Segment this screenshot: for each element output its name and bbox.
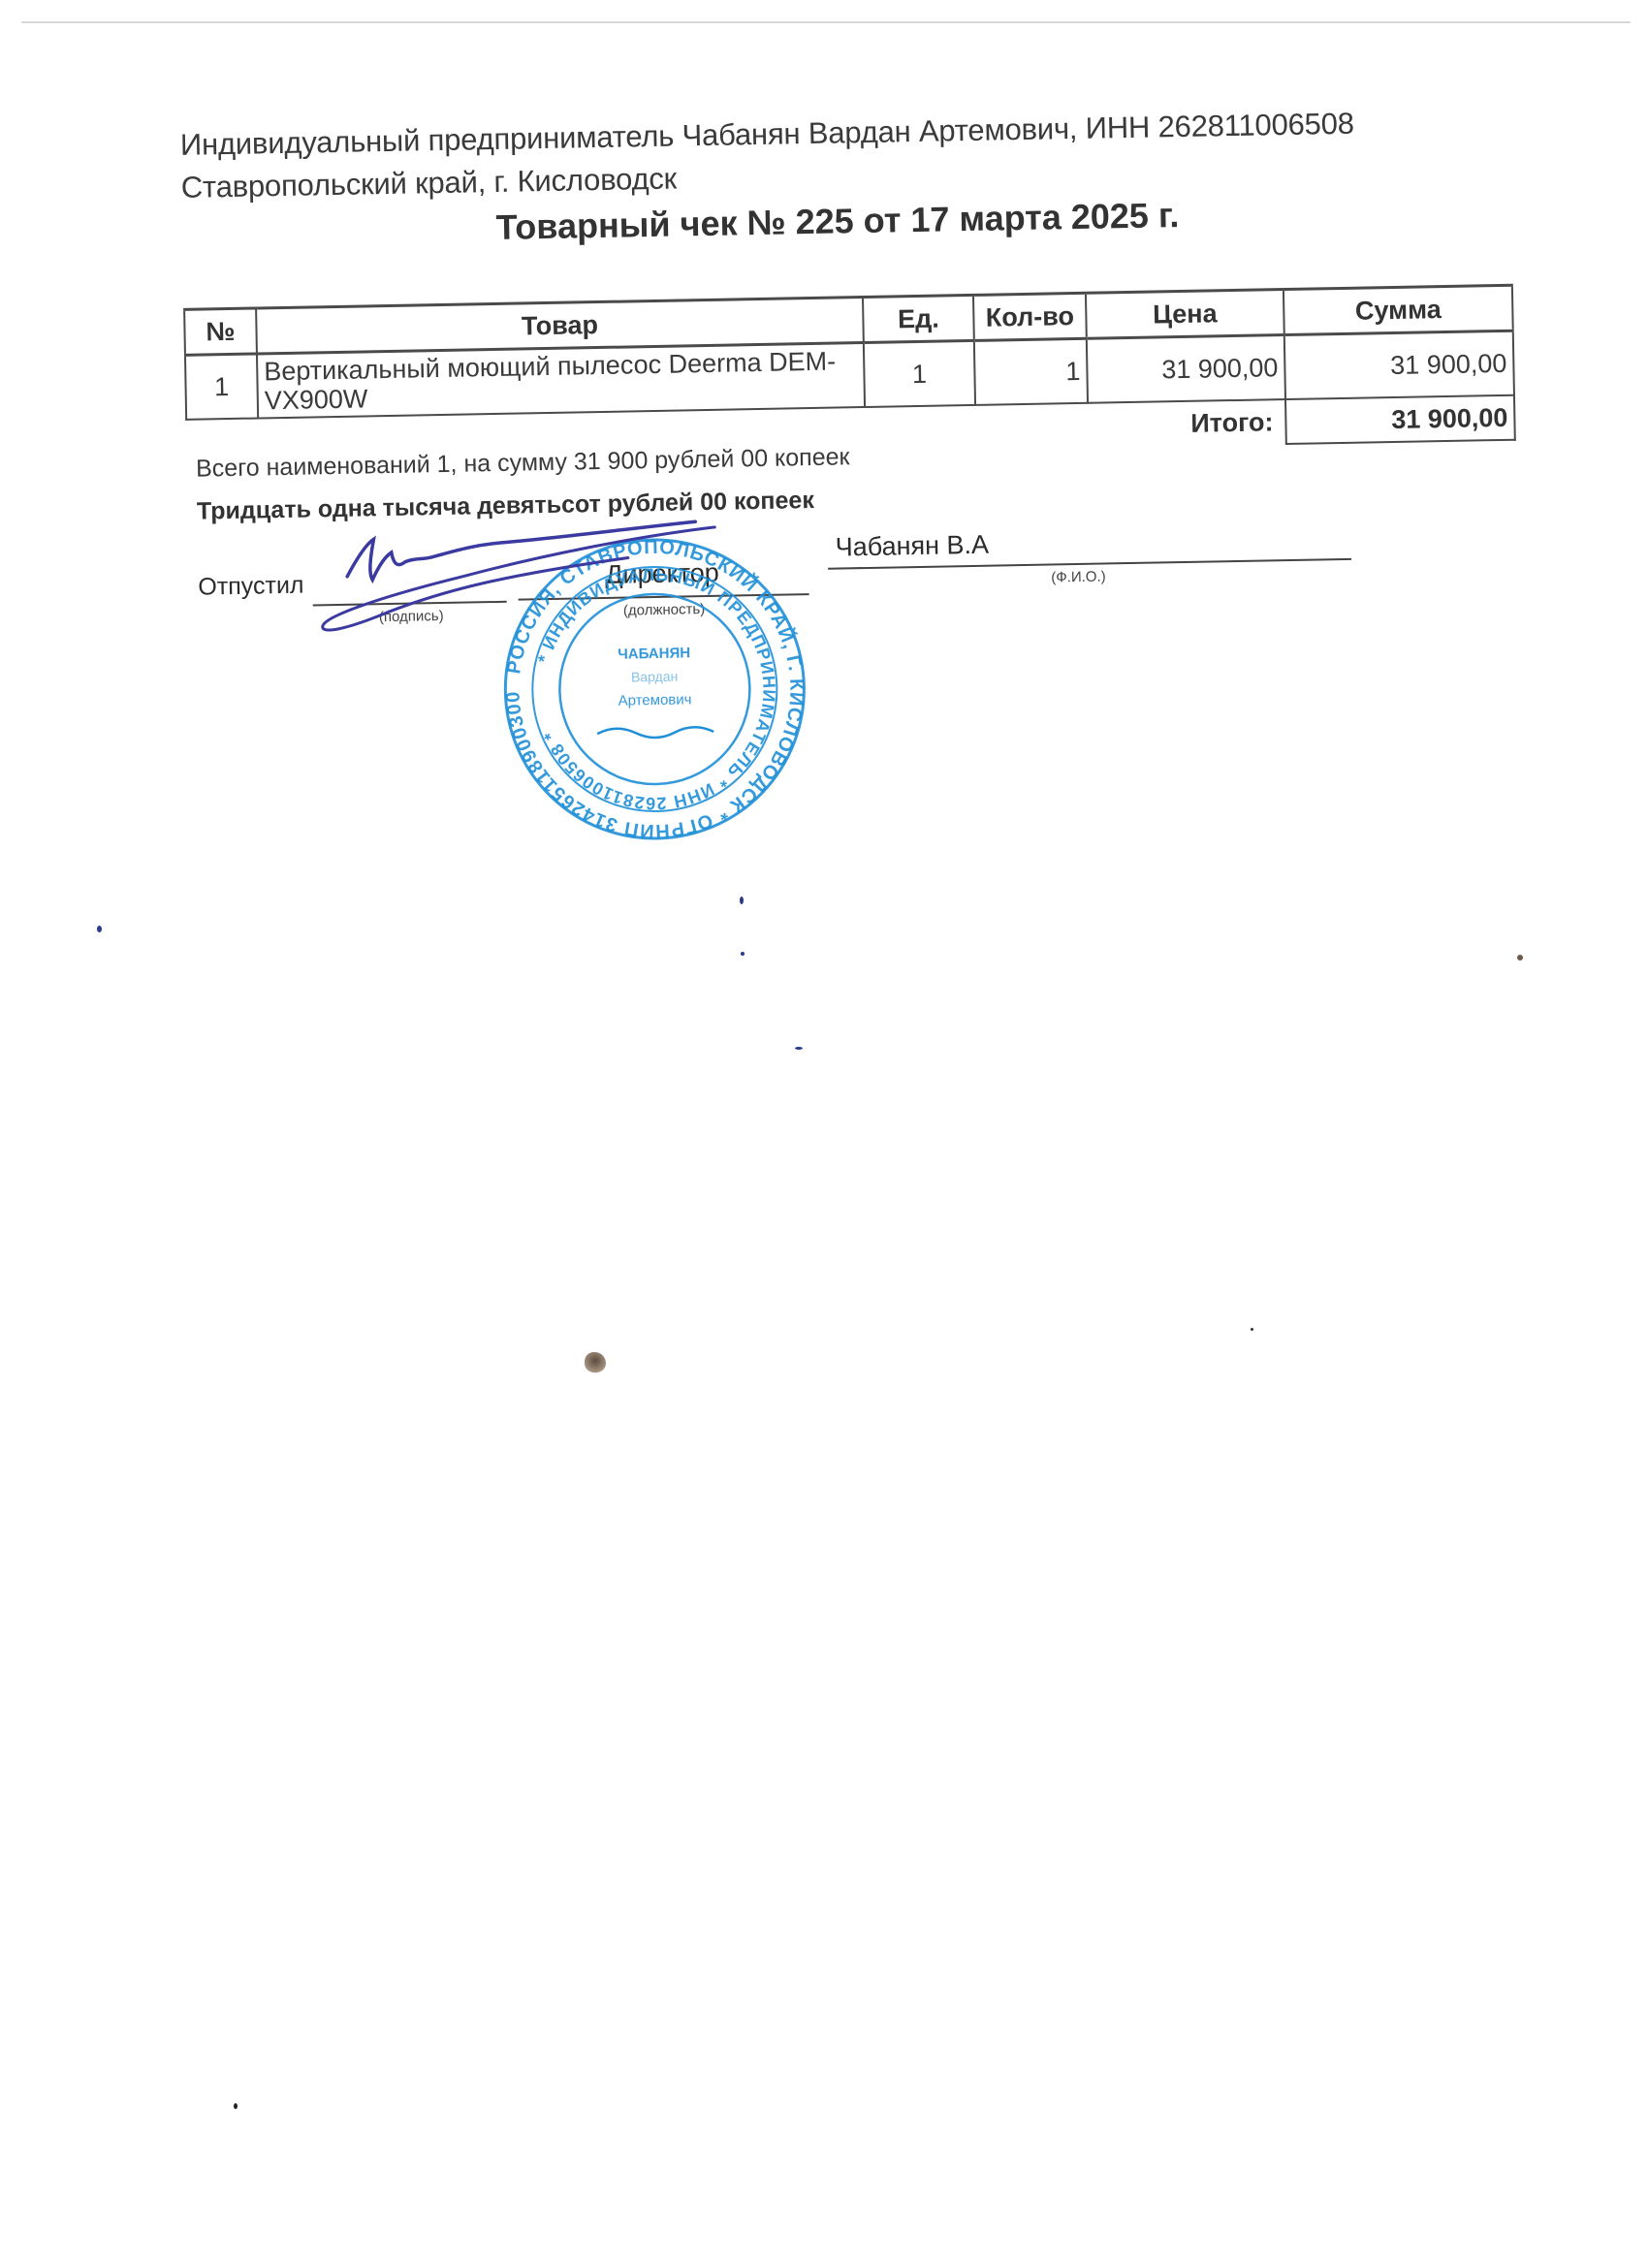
scan-speck (97, 926, 102, 932)
receipt-document: Индивидуальный предприниматель Чабанян В… (0, 0, 1648, 972)
row-unit: 1 (864, 340, 975, 407)
row-price: 31 900,00 (1087, 335, 1285, 403)
stamp-center-line-2: Вардан (631, 669, 679, 685)
col-header-price: Цена (1086, 290, 1284, 339)
col-header-number: № (184, 308, 257, 355)
scan-blot (585, 1352, 606, 1373)
issuer-block: Индивидуальный предприниматель Чабанян В… (180, 103, 1355, 209)
stamp-ornament-icon (597, 727, 713, 739)
stamp-center-line-3: Артемович (618, 691, 691, 709)
scan-speck (740, 897, 744, 904)
scan-speck (1517, 955, 1523, 961)
row-sum: 31 900,00 (1284, 331, 1514, 399)
released-by-label: Отпустил (198, 572, 304, 602)
items-table: № Товар Ед. Кол-во Цена Сумма 1 Вертикал… (183, 284, 1516, 465)
col-header-unit: Ед. (863, 295, 974, 342)
stamp-center-line-1: ЧАБАНЯН (618, 645, 690, 662)
row-product-name: Вертикальный моющий пылесос Deerma DEM-V… (257, 343, 865, 419)
total-value: 31 900,00 (1285, 395, 1515, 444)
col-header-quantity: Кол-во (973, 293, 1087, 340)
receipt-title: Товарный чек № 225 от 17 марта 2025 г. (495, 195, 1179, 248)
handwritten-signature (307, 513, 775, 638)
scan-speck (741, 952, 745, 956)
name-caption: (Ф.И.О.) (1051, 568, 1106, 585)
row-quantity: 1 (974, 338, 1088, 405)
col-header-sum: Сумма (1284, 285, 1513, 334)
scan-speck (234, 2103, 238, 2109)
row-number: 1 (185, 354, 258, 420)
scan-speck (1251, 1328, 1253, 1331)
scan-speck (795, 1047, 803, 1050)
name-value: Чабанян В.А (835, 530, 989, 563)
